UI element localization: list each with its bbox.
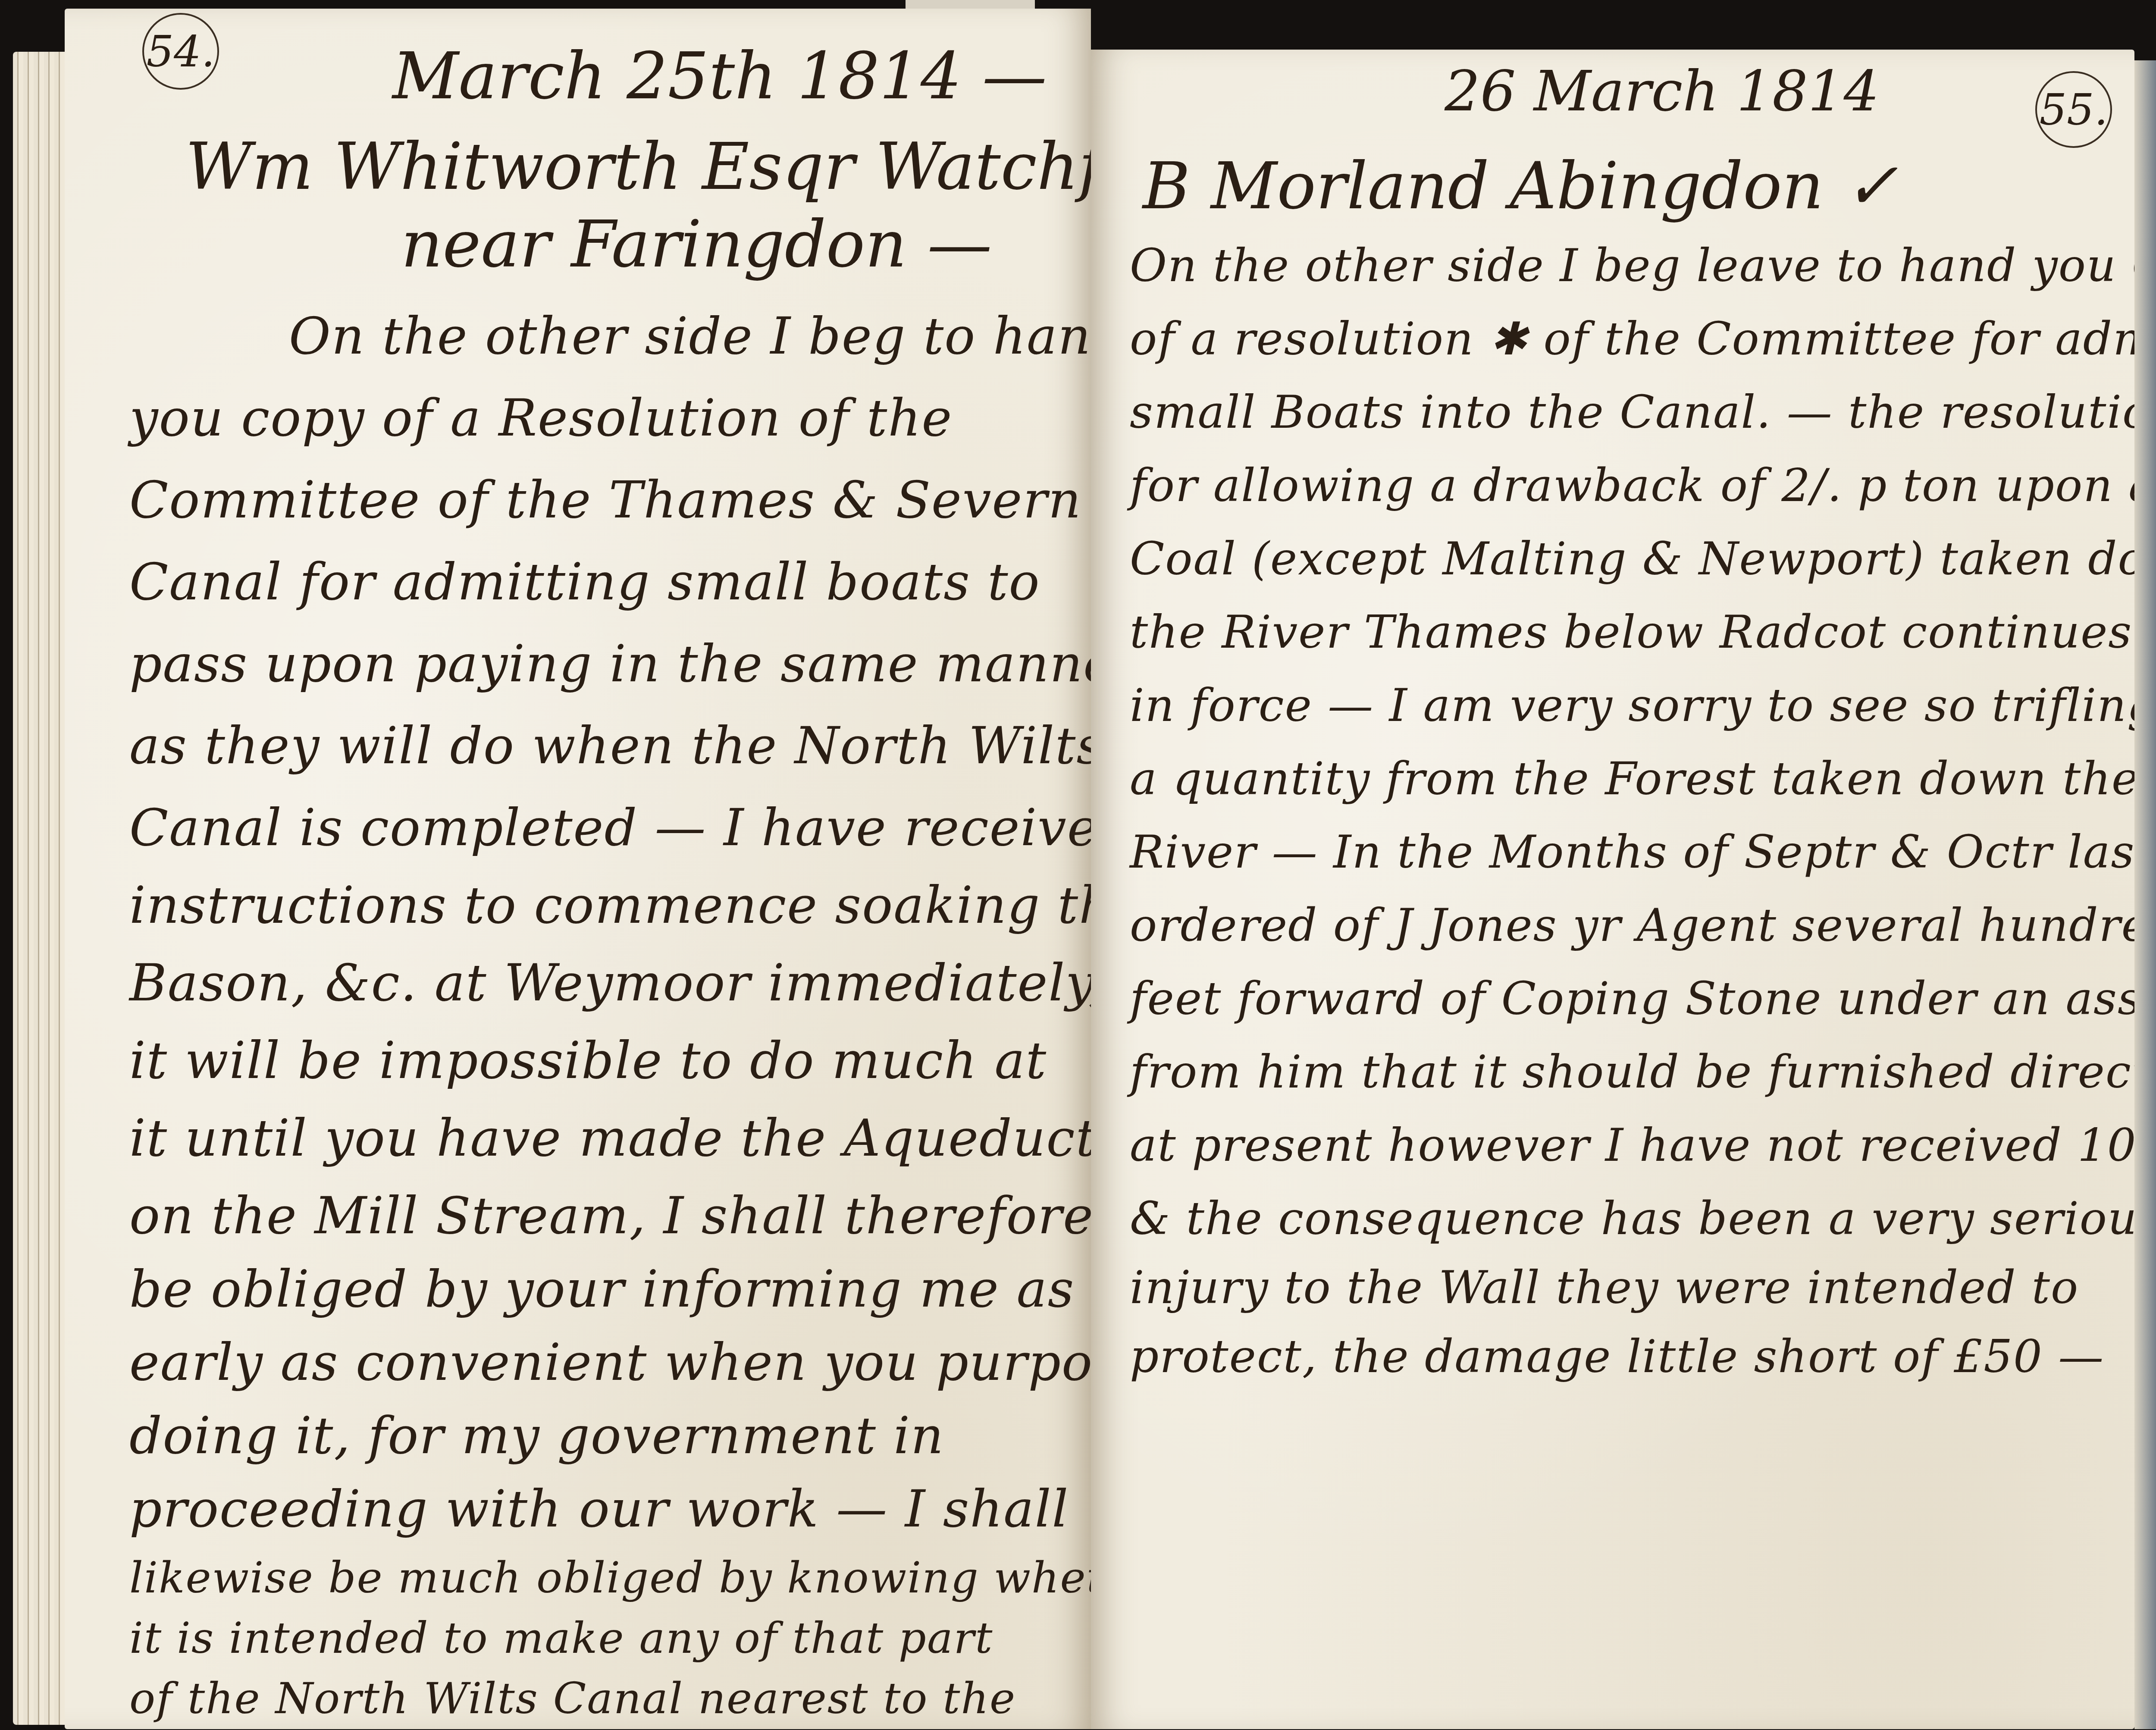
body-line: as they will do when the North Wilts xyxy=(129,716,1103,775)
body-line: instructions to commence soaking the xyxy=(129,875,1144,935)
body-line: pass upon paying in the same manner xyxy=(129,634,1140,693)
body-line: & the consequence has been a very seriou… xyxy=(1130,1192,2156,1245)
right-page: 26 March 1814 55. B Morland Abingdon ✓ O… xyxy=(1091,50,2134,1729)
body-line: Committee of the Thames & Severn xyxy=(129,470,1082,530)
body-line: Canal for admitting small boats to xyxy=(129,552,1040,611)
body-line: for allowing a drawback of 2/. p ton upo… xyxy=(1130,459,2156,512)
body-line: it is intended to make any of that part xyxy=(129,1613,993,1663)
book-cover-edge xyxy=(2134,60,2156,1729)
letter-book-spread: 54. March 25th 1814 — Wm Whitworth Esqr … xyxy=(0,0,2156,1730)
body-line: injury to the Wall they were intended to xyxy=(1130,1261,2079,1314)
body-line: Coal (except Malting & Newport) taken do… xyxy=(1130,533,2156,585)
addressee: B Morland Abingdon ✓ xyxy=(1143,149,1898,224)
body-line: of the North Wilts Canal nearest to the xyxy=(129,1673,1016,1724)
body-line: feet forward of Coping Stone under an as… xyxy=(1130,972,2156,1025)
body-line: you copy of a Resolution of the xyxy=(129,388,953,448)
body-line: ordered of J Jones yr Agent several hund… xyxy=(1130,899,2156,952)
body-line: doing it, for my government in xyxy=(129,1406,944,1465)
page-number-left: 54. xyxy=(142,13,219,90)
page-number-right: 55. xyxy=(2035,71,2112,148)
body-line: early as convenient when you purpose xyxy=(129,1332,1151,1392)
left-page: 54. March 25th 1814 — Wm Whitworth Esqr … xyxy=(65,9,1091,1729)
body-line: Canal is completed — I have received xyxy=(129,798,1131,857)
body-line: a quantity from the Forest taken down th… xyxy=(1130,752,2139,805)
letter-date: 26 March 1814 xyxy=(1445,58,1879,124)
body-line: it will be impossible to do much at xyxy=(129,1031,1047,1090)
body-line: on the Mill Stream, I shall therefore xyxy=(129,1186,1094,1245)
body-line: of a resolution ✱ of the Committee for a… xyxy=(1130,313,2156,365)
body-line: be obliged by your informing me as xyxy=(129,1259,1075,1319)
body-line: On the other side I beg leave to hand yo… xyxy=(1130,239,2156,292)
addressee-line-2: near Faringdon — xyxy=(401,207,992,282)
body-line: Bason, &c. at Weymoor immediately, but xyxy=(129,953,1211,1012)
body-line: proceeding with our work — I shall xyxy=(129,1479,1069,1539)
letter-date: March 25th 1814 — xyxy=(392,39,1047,114)
body-line: protect, the damage little short of £50 … xyxy=(1130,1330,2104,1383)
body-line: the River Thames below Radcot continues xyxy=(1130,606,2132,658)
body-line: it until you have made the Aqueduct xyxy=(129,1108,1097,1168)
body-line: likewise be much obliged by knowing whet… xyxy=(129,1552,1181,1603)
body-line: at present however I have not received 1… xyxy=(1130,1119,2156,1172)
body-line: in force — I am very sorry to see so tri… xyxy=(1130,679,2156,732)
body-line: On the other side I beg to hand xyxy=(289,306,1125,366)
body-line: small Boats into the Canal. — the resolu… xyxy=(1130,386,2156,439)
body-line: from him that it should be furnished dir… xyxy=(1130,1046,2156,1098)
body-line: River — In the Months of Septr & Octr la… xyxy=(1130,826,2156,878)
